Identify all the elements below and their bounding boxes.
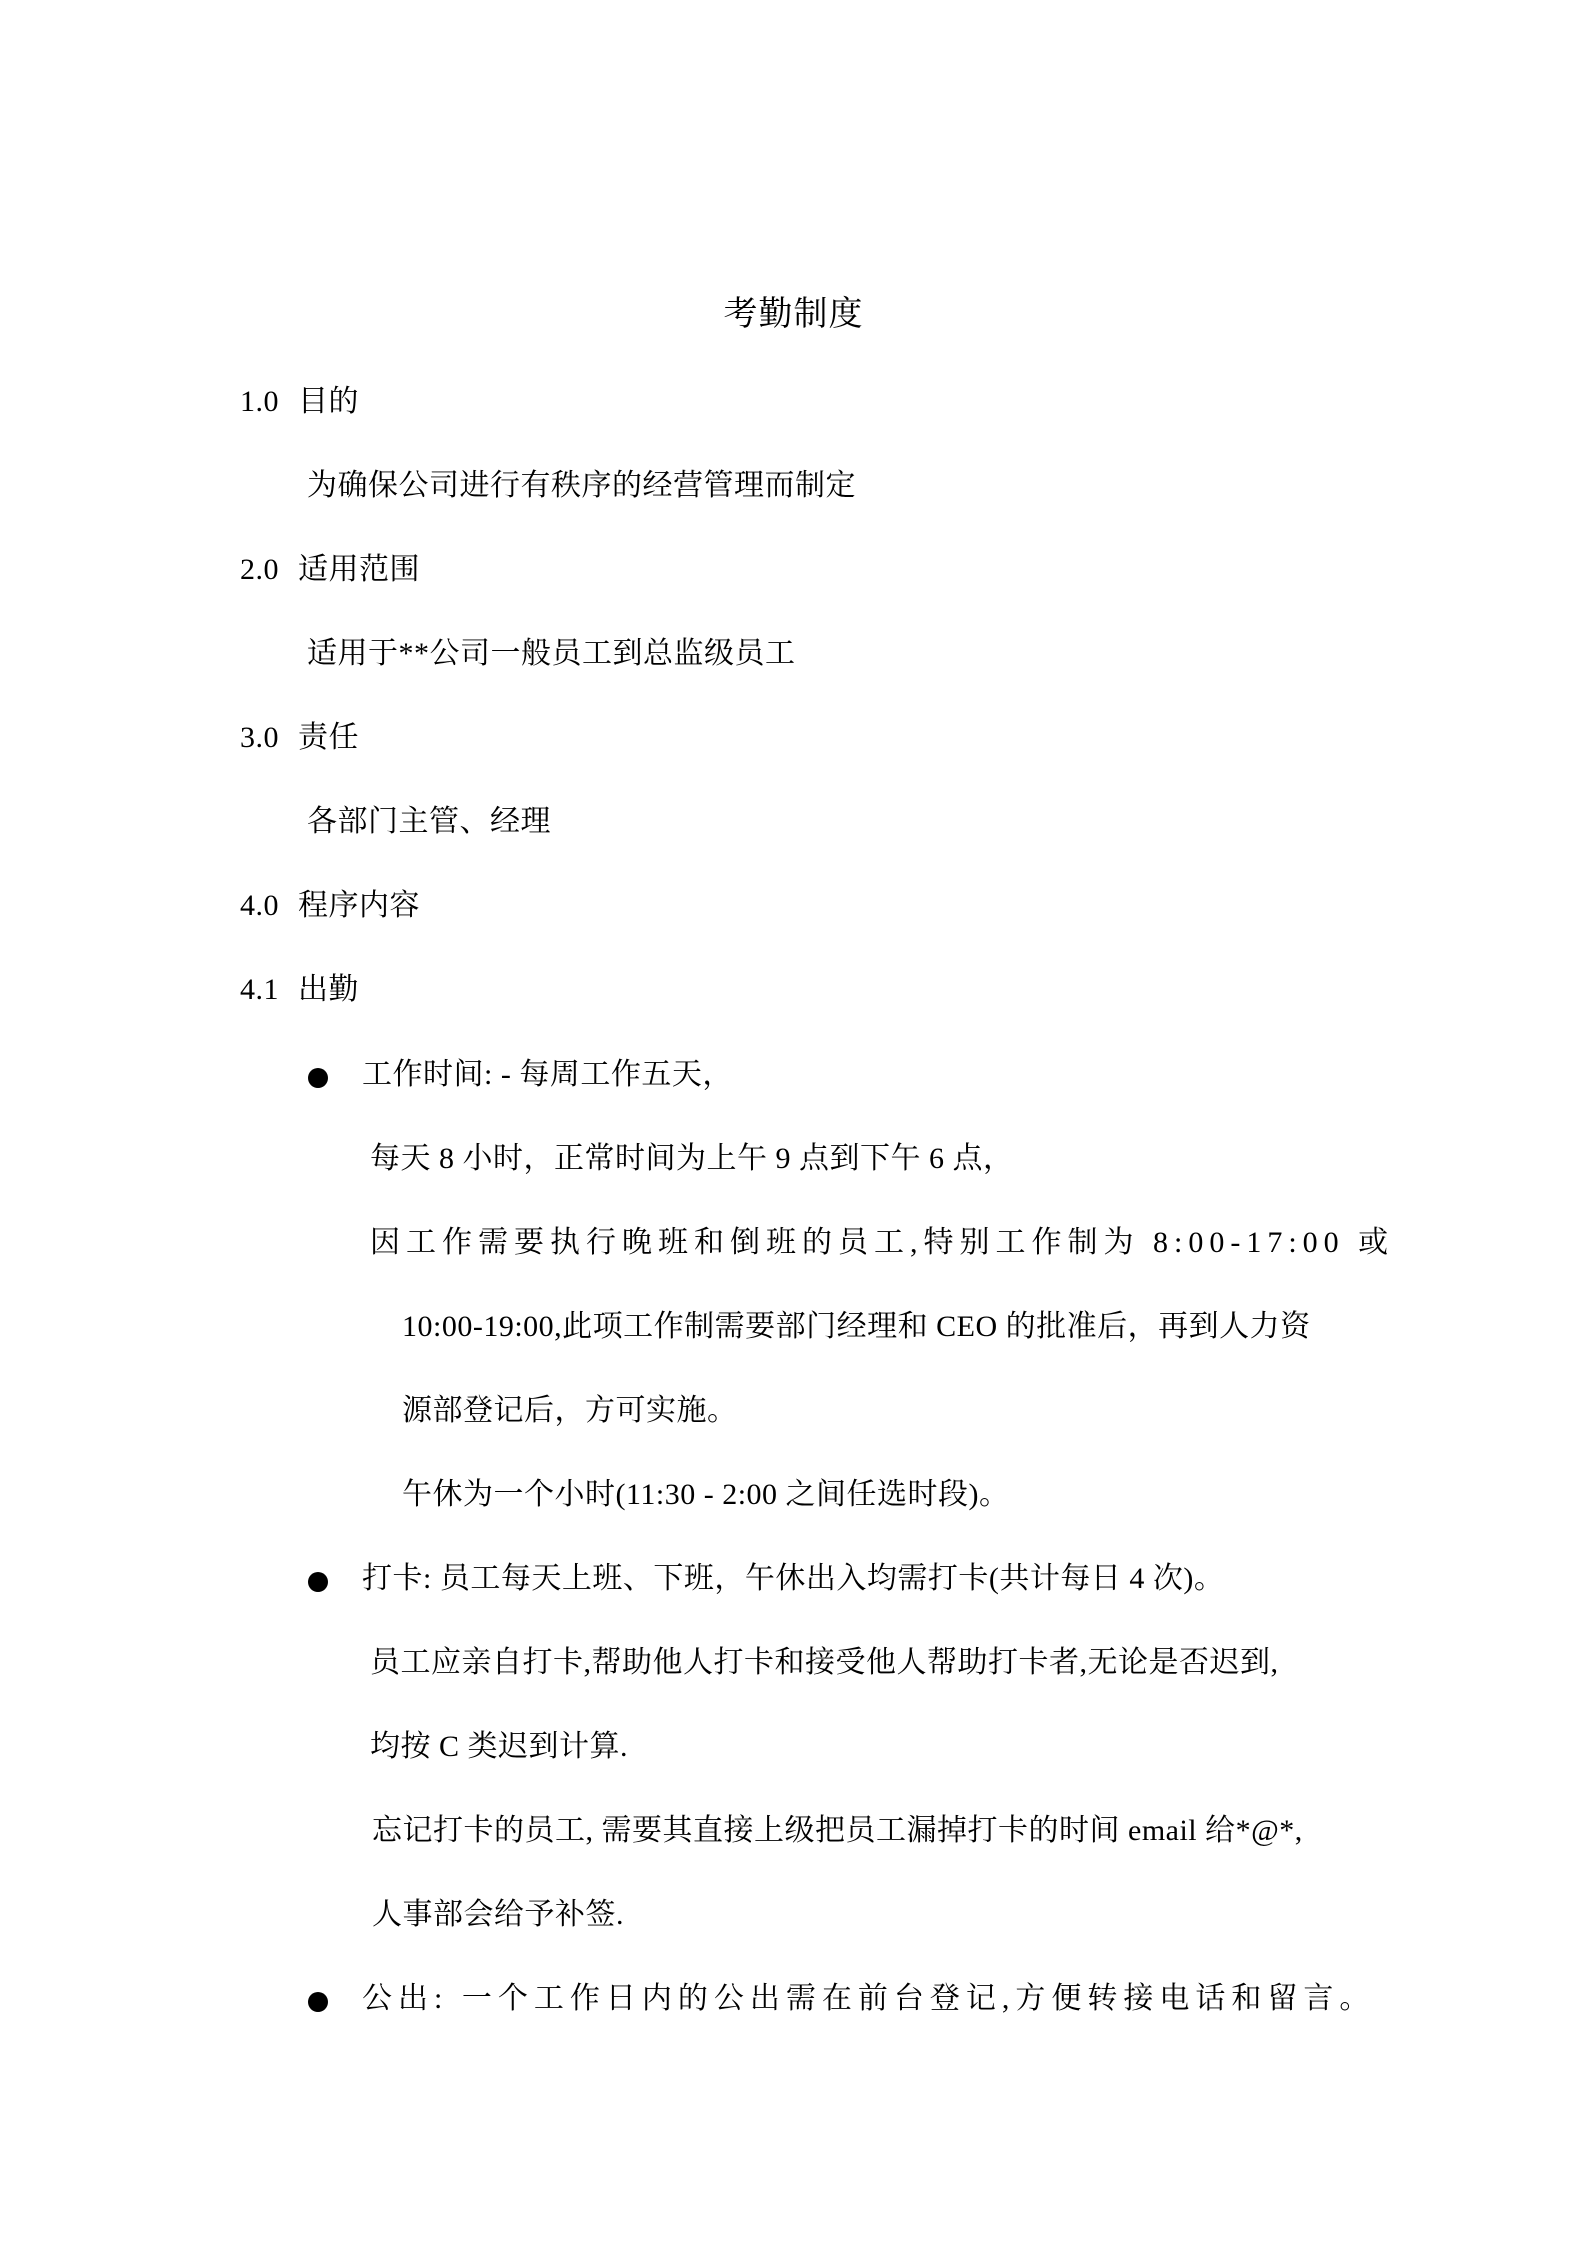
bullet-label-business-out: 公出: 一个工作日内的公出需在前台登记,方便转接电话和留言。 bbox=[362, 1981, 1375, 2017]
bullet-line: 员工应亲自打卡,帮助他人打卡和接受他人帮助打卡者,无论是否迟到, bbox=[370, 1645, 1279, 1681]
bullet-icon bbox=[308, 1992, 328, 2012]
section-heading-4: 4.0程序内容 bbox=[240, 888, 420, 924]
bullet-line: 均按 C 类迟到计算. bbox=[370, 1729, 628, 1765]
section-title: 责任 bbox=[298, 721, 359, 754]
bullet-line: 忘记打卡的员工, 需要其直接上级把员工漏掉打卡的时间 email 给*@*, bbox=[372, 1813, 1303, 1849]
section-heading-4-1: 4.1出勤 bbox=[240, 972, 359, 1008]
bullet-line: 每天 8 小时，正常时间为上午 9 点到下午 6 点， bbox=[370, 1141, 1014, 1177]
bullet-label-work-time: 工作时间: - 每周工作五天， bbox=[362, 1057, 733, 1093]
section-number: 4.0 bbox=[240, 888, 298, 924]
section-title: 适用范围 bbox=[298, 553, 420, 586]
section-number: 1.0 bbox=[240, 384, 298, 420]
section-body-2: 适用于**公司一般员工到总监级员工 bbox=[307, 636, 796, 672]
bullet-line: 人事部会给予补签. bbox=[372, 1897, 624, 1933]
bullet-icon bbox=[308, 1572, 328, 1592]
section-heading-3: 3.0责任 bbox=[240, 720, 359, 756]
section-title: 程序内容 bbox=[298, 889, 420, 922]
section-title: 目的 bbox=[298, 385, 359, 418]
bullet-line: 因工作需要执行晚班和倒班的员工,特别工作制为 8:00-17:00 或 bbox=[370, 1225, 1394, 1261]
section-title: 出勤 bbox=[298, 973, 359, 1006]
section-body-1: 为确保公司进行有秩序的经营管理而制定 bbox=[307, 468, 856, 504]
section-heading-2: 2.0适用范围 bbox=[240, 552, 420, 588]
bullet-line: 10:00-19:00,此项工作制需要部门经理和 CEO 的批准后，再到人力资 bbox=[402, 1309, 1311, 1345]
bullet-label-clock-in: 打卡: 员工每天上班、下班，午休出入均需打卡(共计每日 4 次)。 bbox=[362, 1561, 1224, 1597]
bullet-icon bbox=[308, 1068, 328, 1088]
document-page: 考勤制度 1.0目的 为确保公司进行有秩序的经营管理而制定 2.0适用范围 适用… bbox=[0, 0, 1587, 2245]
section-number: 4.1 bbox=[240, 972, 298, 1008]
bullet-line: 午休为一个小时(11:30 - 2:00 之间任选时段)。 bbox=[402, 1477, 1010, 1513]
section-heading-1: 1.0目的 bbox=[240, 384, 359, 420]
section-number: 2.0 bbox=[240, 552, 298, 588]
bullet-line: 源部登记后，方可实施。 bbox=[402, 1393, 738, 1429]
section-number: 3.0 bbox=[240, 720, 298, 756]
section-body-3: 各部门主管、经理 bbox=[307, 804, 551, 840]
document-title: 考勤制度 bbox=[0, 295, 1587, 335]
